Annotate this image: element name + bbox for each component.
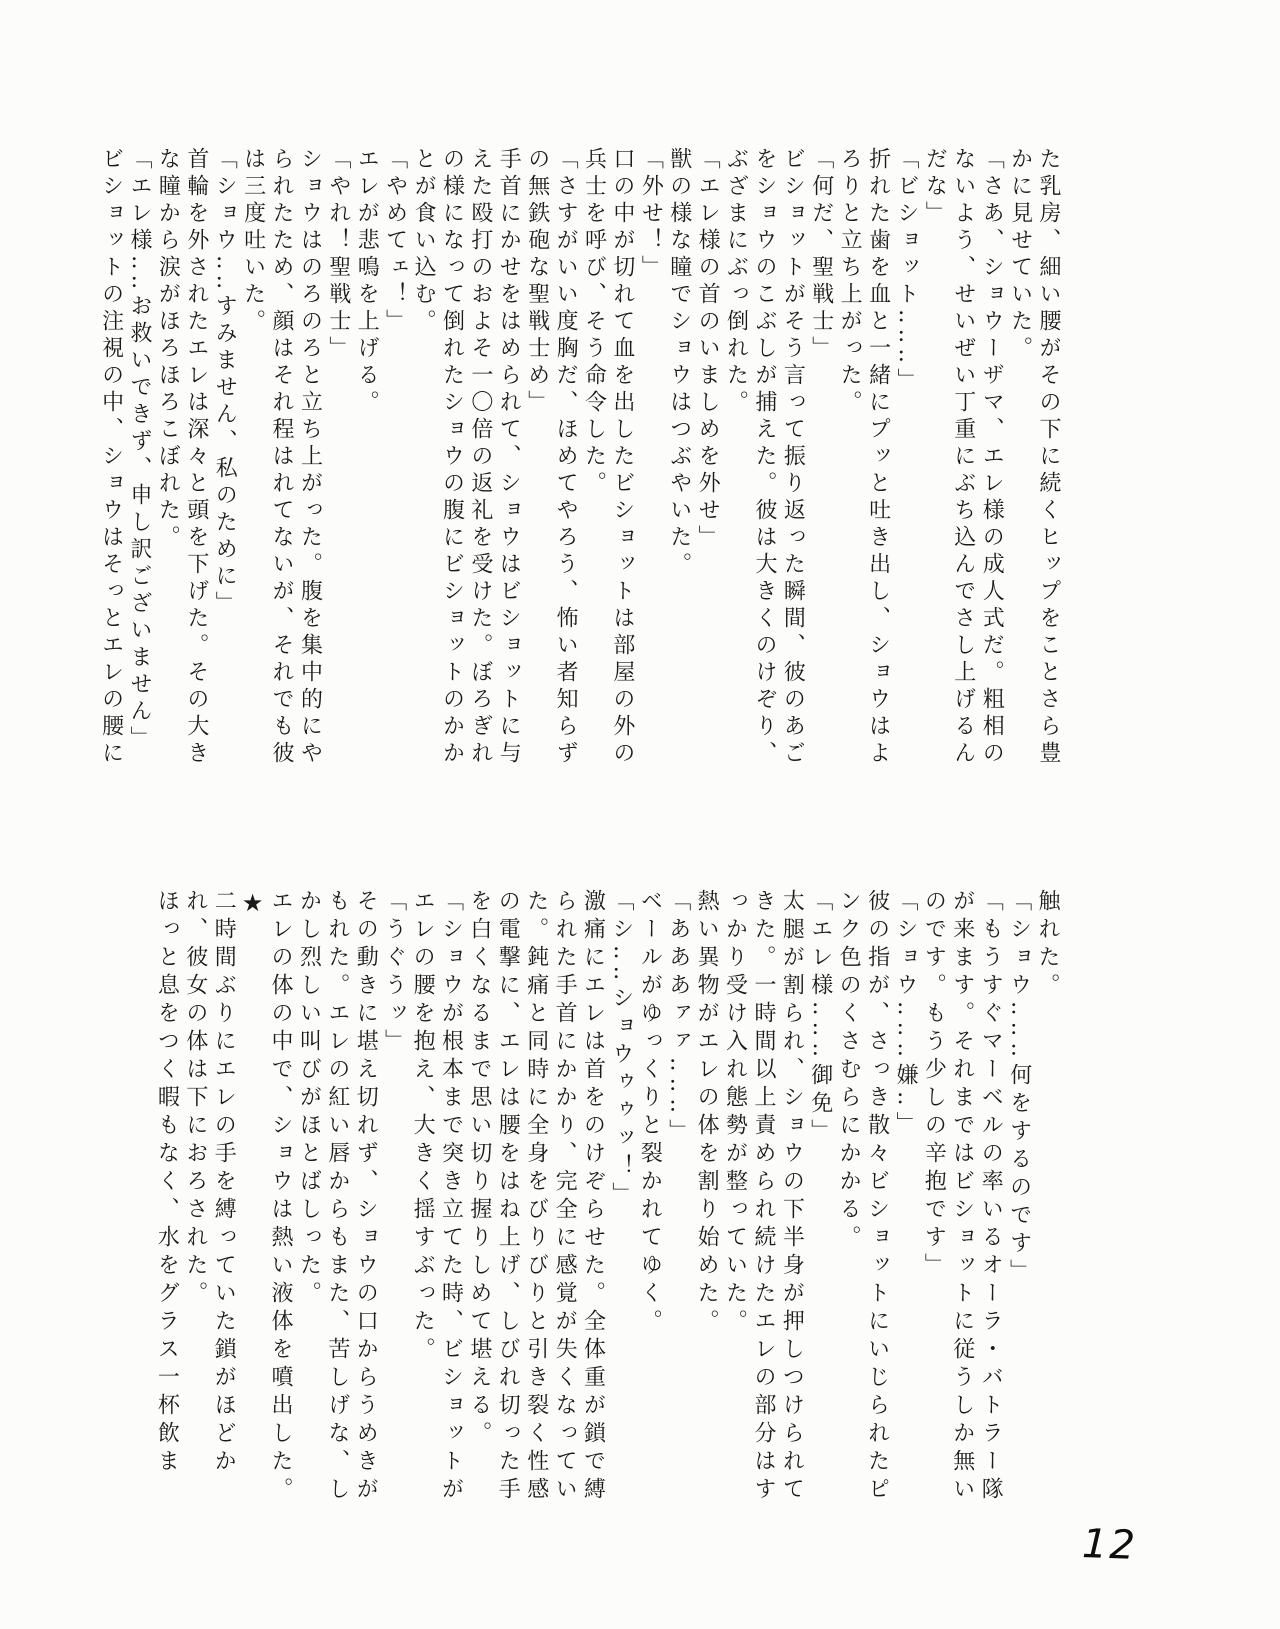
text-column: をショウのこぶしが捕えた。彼は大きくのけぞり、 [751, 147, 779, 768]
text-column: きた。一時間以上責められ続けたエレの部分はす [750, 889, 778, 1505]
text-column: な瞳から涙がほろほろこぼれた。 [154, 147, 182, 768]
text-column: ビショットがそう言って振り返った瞬間、彼のあご [779, 147, 807, 768]
text-column: ンク色のくさむらにかかる。 [835, 889, 863, 1505]
text-column: かに見せていた。 [1006, 147, 1034, 768]
text-column: 「ショウ‥‥‥嫌‥」 [892, 889, 920, 1505]
text-column: 「うぐうッ」 [380, 889, 408, 1505]
text-column: 「やめてェ！」 [381, 147, 409, 768]
text-column: エレの体の中で、ショウは熱い液体を噴出した。 [267, 889, 295, 1505]
document-page: た乳房、細い腰がその下に続くヒップをことさら豊かに見せていた。「さあ、ショウーザ… [0, 0, 1280, 1629]
text-column: もれた。エレの紅い唇からもまた、苦しげな、し [323, 889, 351, 1505]
text-column: 「シ‥‥ショウゥゥッ！」 [608, 889, 636, 1505]
text-column: 「エレ様‥‥お救いできず、申し訳ございません」 [126, 147, 154, 768]
text-column: 触れた。 [1034, 889, 1062, 1505]
text-column: 彼の指が、さっき散々ビショットにいじられたピ [863, 889, 891, 1505]
text-column: 二時間ぶりにエレの手を縛っていた鎖がほどか [210, 889, 238, 1505]
text-column: れ、彼女の体は下におろされた。 [181, 889, 209, 1505]
text-column: その動きに堪え切れず、ショウの口からうめきが [352, 889, 380, 1505]
text-column: 「やれ！聖戦士」 [324, 147, 352, 768]
text-column: 「さすがいい度胸だ、ほめてやろう、怖い者知らず [552, 147, 580, 768]
text-column: ショウはのろのろと立ち上がった。腹を集中的にや [296, 147, 324, 768]
text-column: のです。もう少しの辛抱です」 [920, 889, 948, 1505]
text-column: ぶざまにぶっ倒れた。 [722, 147, 750, 768]
text-column: 太腿が割られ、ショウの下半身が押しつけられて [778, 889, 806, 1505]
text-column: 口の中が切れて血を出したビショットは部屋の外の [609, 147, 637, 768]
text-column: は三度吐いた。 [239, 147, 267, 768]
text-column: ないよう、せいぜい丁重にぶち込んでさし上げるん [949, 147, 977, 768]
text-block-top: た乳房、細い腰がその下に続くヒップをことさら豊かに見せていた。「さあ、ショウーザ… [97, 147, 1063, 768]
text-column: かし烈しい叫びがほとばしった。 [295, 889, 323, 1505]
text-column: とが食い込む。 [410, 147, 438, 768]
text-column: 「さあ、ショウーザマ、エレ様の成人式だ。粗相の [978, 147, 1006, 768]
text-column: の様になって倒れたショウの腹にビショットのかか [438, 147, 466, 768]
page-number: 12 [1081, 1521, 1137, 1569]
text-column: られたため、顔はそれ程はれてないが、それでも彼 [268, 147, 296, 768]
text-column: 獣の様な瞳でショウはつぶやいた。 [665, 147, 693, 768]
text-column: 折れた歯を血と一緒にプッと吐き出し、ショウはよ [864, 147, 892, 768]
text-column: 「もうすぐマーベルの率いるオーラ・バトラー隊 [977, 889, 1005, 1505]
text-column: だな」 [921, 147, 949, 768]
text-column: ほっと息をつく暇もなく、水をグラス一杯飲ま [153, 889, 181, 1505]
text-column: ろりと立ち上がった。 [836, 147, 864, 768]
text-column: 「外せ！」 [637, 147, 665, 768]
text-column: 首輪を外されたエレは深々と頭を下げた。その大き [182, 147, 210, 768]
text-column: 「何だ、聖戦士」 [807, 147, 835, 768]
text-column: 熱い異物がエレの体を割り始めた。 [693, 889, 721, 1505]
text-column: 「あああァァ‥‥‥」 [664, 889, 692, 1505]
text-column: の無鉄砲な聖戦士め」 [523, 147, 551, 768]
text-column: ビショットの注視の中、ショウはそっとエレの腰に [97, 147, 125, 768]
text-column: 「ショウ‥‥すみません、私のために」 [211, 147, 239, 768]
text-column: 「エレ様‥‥‥御免」 [806, 889, 834, 1505]
text-column: が来ます。それまではビショットに従うしか無い [948, 889, 976, 1505]
text-column: 兵士を呼び、そう命令した。 [580, 147, 608, 768]
text-column: 手首にかせをはめられて、ショウはビショットに与 [495, 147, 523, 768]
text-column: の電撃に、エレは腰をはね上げ、しびれ切った手 [494, 889, 522, 1505]
text-column: 「ショウ‥‥‥何をするのです」 [1005, 889, 1033, 1505]
text-column: た。鈍痛と同時に全身をびりびりと引き裂く性感 [522, 889, 550, 1505]
text-block-bottom: 触れた。「ショウ‥‥‥何をするのです」「もうすぐマーベルの率いるオーラ・バトラー… [153, 889, 1062, 1505]
text-column: ベールがゆっくりと裂かれてゆく。 [636, 889, 664, 1505]
text-column: た乳房、細い腰がその下に続くヒップをことさら豊 [1035, 147, 1063, 768]
text-column: 激痛にエレは首をのけぞらせた。全体重が鎖で縛 [579, 889, 607, 1505]
text-column: っかり受け入れ態勢が整っていた。 [721, 889, 749, 1505]
text-column: 「ショウが根本まで突き立てた時、ビショットが [437, 889, 465, 1505]
text-column: 「エレ様の首のいましめを外せ」 [694, 147, 722, 768]
text-column: エレが悲鳴を上げる。 [353, 147, 381, 768]
scene-break-star: ★ [238, 889, 266, 1505]
text-column: を白くなるまで思い切り握りしめて堪える。 [465, 889, 493, 1505]
text-column: られた手首にかかり、完全に感覚が失くなってい [551, 889, 579, 1505]
text-column: 「ビショット‥‥‥」 [893, 147, 921, 768]
text-column: エレの腰を抱え、大きく揺すぶった。 [409, 889, 437, 1505]
text-column: えた殴打のおよそ一〇倍の返礼を受けた。ぼろぎれ [466, 147, 494, 768]
